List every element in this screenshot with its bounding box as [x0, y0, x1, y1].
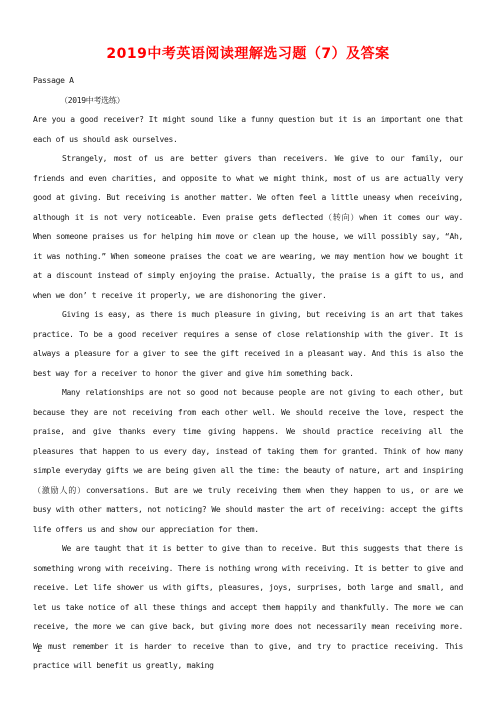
paragraph-5: We are taught that it is better to give …	[33, 539, 463, 676]
paragraph-3: Giving is easy, as there is much pleasur…	[33, 305, 463, 383]
paragraph-1: Are you a good receiver? It might sound …	[33, 110, 463, 149]
document-title: 2019中考英语阅读理解选习题（7）及答案	[0, 44, 496, 64]
document-body: Passage A （2019中考选练） Are you a good rece…	[33, 71, 463, 676]
paragraph-2: Strangely, most of us are better givers …	[33, 149, 463, 305]
paragraph-4: Many relationships are not so good not b…	[33, 383, 463, 539]
passage-label: Passage A	[33, 71, 463, 91]
source-note: （2019中考选练）	[33, 91, 463, 111]
page-number: 1	[36, 644, 41, 656]
document-page: 2019中考英语阅读理解选习题（7）及答案 Passage A （2019中考选…	[0, 0, 496, 702]
